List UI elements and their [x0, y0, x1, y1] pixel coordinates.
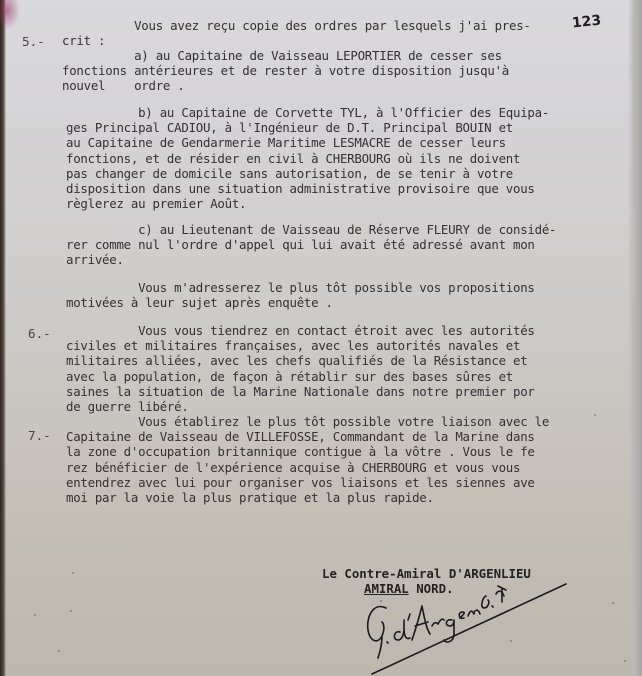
text-line: Vous avez reçu copie des ordres par lesq…	[62, 18, 642, 33]
text-line: Capitaine de Vaisseau de VILLEFOSSE, Com…	[66, 429, 642, 444]
text-line: a) au Capitaine de Vaisseau LEPORTIER de…	[62, 48, 642, 63]
paper-speck	[380, 600, 382, 602]
section-5-item-c: c) au Lieutenant de Vaisseau de Réserve …	[66, 222, 642, 268]
text-line: fonctions, et de résider en civil à CHER…	[66, 151, 642, 166]
document-page: 123 5.- Vous avez reçu copie des ordres …	[0, 0, 642, 676]
paper-speck	[612, 602, 614, 604]
section-5-item-a: a) au Capitaine de Vaisseau LEPORTIER de…	[62, 48, 642, 94]
text-line: motivées à leur sujet après enquête .	[66, 295, 642, 310]
text-line: moi par la voie la plus pratique et la p…	[66, 490, 642, 505]
handwritten-signature: G. d'Argenlieu	[360, 568, 600, 676]
text-line: rez bénéficier de l'expérience acquise à…	[66, 460, 642, 475]
page-left-edge	[0, 0, 6, 676]
text-line: avec la population, de façon à rétablir …	[66, 369, 642, 384]
paper-speck	[70, 610, 72, 612]
paper-speck	[624, 660, 626, 662]
section-7-body: Vous établirez le plus tôt possible votr…	[66, 414, 642, 505]
text-line: arrivée.	[66, 252, 642, 267]
text-line: crit :	[62, 33, 642, 48]
paper-speck	[594, 414, 596, 416]
text-line: saines la situation de la Marine Nationa…	[66, 384, 642, 399]
text-line: rer comme nul l'ordre d'appel qui lui av…	[66, 237, 642, 252]
text-line: c) au Lieutenant de Vaisseau de Réserve …	[66, 222, 642, 237]
section-5-item-b: b) au Capitaine de Corvette TYL, à l'Off…	[66, 105, 642, 211]
text-line: de guerre libéré.	[66, 399, 642, 414]
text-line: b) au Capitaine de Corvette TYL, à l'Off…	[66, 105, 642, 120]
text-line: ges Principal CADIOU, à l'Ingénieur de D…	[66, 120, 642, 135]
text-line: civiles et militaires françaises, avec l…	[66, 338, 642, 353]
text-line: nouvel ordre .	[62, 78, 642, 93]
text-line: la zone d'occupation britannique contigu…	[66, 444, 642, 459]
section-5-closing: Vous m'adresserez le plus tôt possible v…	[66, 280, 642, 310]
section-5-intro: Vous avez reçu copie des ordres par lesq…	[62, 18, 642, 48]
text-line: militaires alliées, avec les chefs quali…	[66, 353, 642, 368]
paper-speck	[72, 572, 74, 574]
text-line: Vous m'adresserez le plus tôt possible v…	[66, 280, 642, 295]
text-line: règlerez au premier Août.	[66, 196, 642, 211]
paper-speck	[510, 640, 512, 642]
section-number-7: 7.-	[28, 428, 51, 443]
text-line: Vous établirez le plus tôt possible votr…	[66, 414, 642, 429]
text-line: pas changer de domicile sans autorisatio…	[66, 166, 642, 181]
section-number-5: 5.-	[22, 34, 45, 49]
paper-speck	[58, 650, 60, 652]
text-line: entendrez avec lui pour organiser vos li…	[66, 475, 642, 490]
paper-speck	[34, 614, 36, 616]
section-6-body: Vous vous tiendrez en contact étroit ave…	[66, 323, 642, 414]
ink-stain	[0, 0, 20, 30]
text-line: au Capitaine de Gendarmerie Maritime LES…	[66, 135, 642, 150]
section-number-6: 6.-	[28, 326, 51, 341]
text-line: fonctions antérieures et de rester à vot…	[62, 63, 642, 78]
text-line: disposition dans une situation administr…	[66, 181, 642, 196]
text-line: Vous vous tiendrez en contact étroit ave…	[66, 323, 642, 338]
